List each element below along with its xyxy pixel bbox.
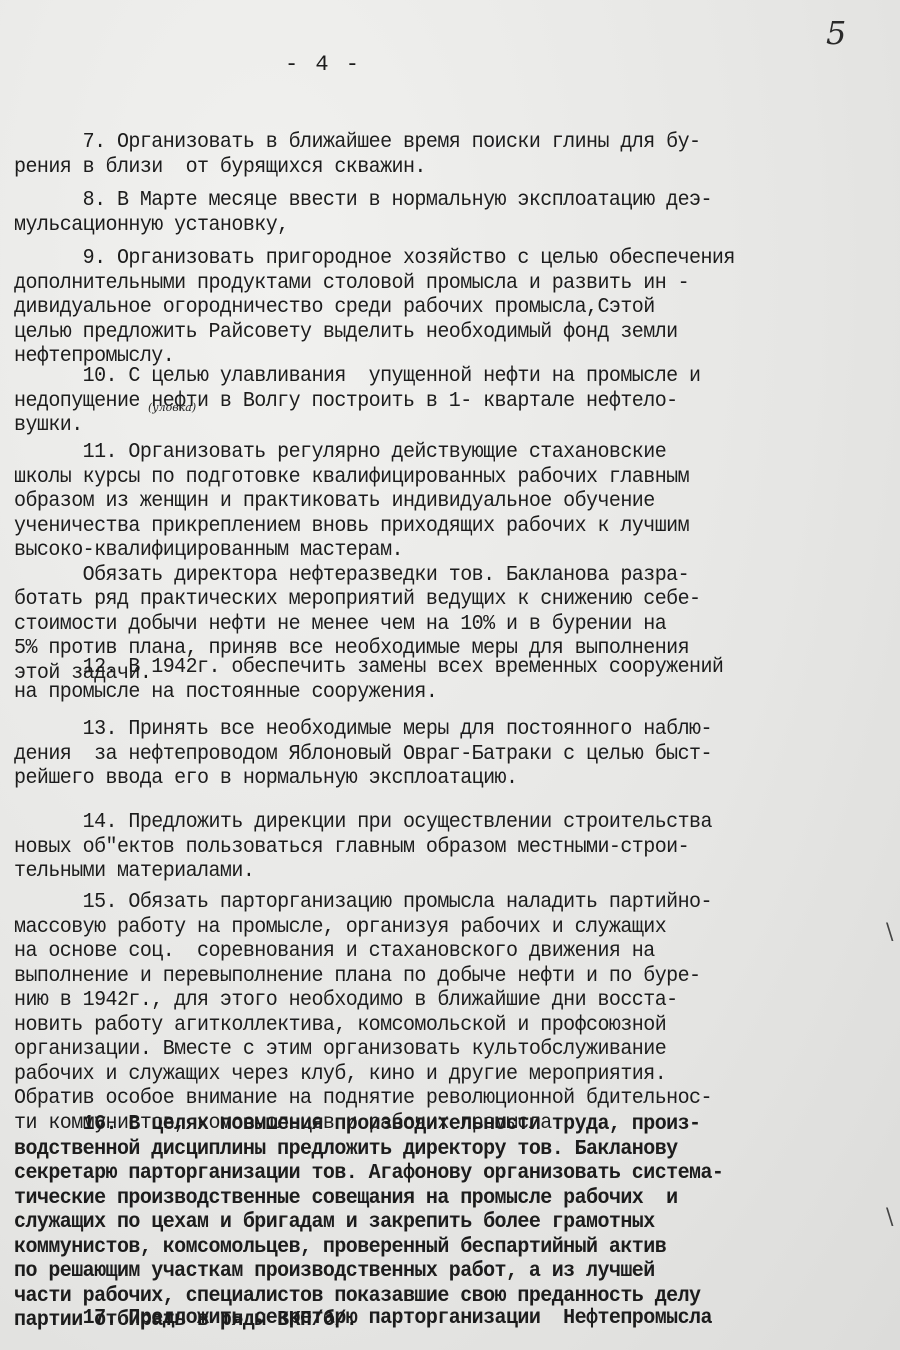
text-line: новить работу агитколлектива, комсомольс… (14, 1013, 832, 1038)
list-item: 16. В целях повышения производительности… (14, 1112, 832, 1333)
text-line: 12. В 1942г. обеспечить замены всех врем… (14, 655, 832, 680)
text-line: ботать ряд практических мероприятий веду… (14, 587, 832, 612)
text-line: водственной дисциплины предложить директ… (14, 1137, 832, 1162)
text-line: на промысле на постоянные сооружения. (14, 680, 832, 705)
text-line: выполнение и перевыполнение плана по доб… (14, 964, 832, 989)
text-line: 16. В целях повышения производительности… (14, 1112, 832, 1137)
list-item: 11. Организовать регулярно действующие с… (14, 440, 832, 685)
text-line: высоко-квалифицированным мастерам. (14, 538, 832, 563)
list-item: 12. В 1942г. обеспечить замены всех врем… (14, 655, 832, 704)
text-line: тельными материалами. (14, 859, 832, 884)
text-line: целью предложить Райсовету выделить необ… (14, 320, 832, 345)
list-item: 10. С целью улавливания упущенной нефти … (14, 364, 832, 438)
text-line: 17. Предложить секретарю парторганизации… (14, 1306, 832, 1331)
text-line: Обратив особое внимание на поднятие рево… (14, 1086, 832, 1111)
text-line: дения за нефтепроводом Яблоновый Овраг-Б… (14, 742, 832, 767)
text-line: дивидуальное огородничество среди рабочи… (14, 295, 832, 320)
text-line: коммунистов, комсомольцев, проверенный б… (14, 1235, 832, 1260)
text-line: части рабочих, специалистов показавшие с… (14, 1284, 832, 1309)
text-line: рейшего ввода его в нормальную эксплоата… (14, 766, 832, 791)
margin-mark: \ (886, 920, 893, 945)
text-line: вушки. (14, 413, 832, 438)
list-item: 8. В Марте месяце ввести в нормальную эк… (14, 188, 832, 237)
text-line: 8. В Марте месяце ввести в нормальную эк… (14, 188, 832, 213)
page-number: - 4 - (285, 52, 361, 77)
text-line: 14. Предложить дирекции при осуществлени… (14, 810, 832, 835)
text-line: массовую работу на промысле, организуя р… (14, 915, 832, 940)
text-line: образом из женщин и практиковать индивид… (14, 489, 832, 514)
text-line: на основе соц. соревнования и стахановск… (14, 939, 832, 964)
archive-sheet-number: 5 (826, 14, 846, 52)
text-line: 13. Принять все необходимые меры для пос… (14, 717, 832, 742)
text-line: мульсационную установку, (14, 213, 832, 238)
text-line: организации. Вместе с этим организовать … (14, 1037, 832, 1062)
text-line: стоимости добычи нефти не менее чем на 1… (14, 612, 832, 637)
text-line: секретарю парторганизации тов. Агафонову… (14, 1161, 832, 1186)
text-line: тические производственные совещания на п… (14, 1186, 832, 1211)
text-line: новых об"ектов пользоваться главным обра… (14, 835, 832, 860)
list-item: 17. Предложить секретарю парторганизации… (14, 1306, 832, 1331)
text-line: школы курсы по подготовке квалифицирован… (14, 465, 832, 490)
list-item: 13. Принять все необходимые меры для пос… (14, 717, 832, 791)
text-line: Обязать директора нефтеразведки тов. Бак… (14, 563, 832, 588)
text-line: 11. Организовать регулярно действующие с… (14, 440, 832, 465)
list-item: 15. Обязать парторганизацию промысла нал… (14, 890, 832, 1135)
text-line: дополнительными продуктами столовой пром… (14, 271, 832, 296)
list-item: 7. Организовать в ближайшее время поиски… (14, 130, 832, 179)
text-line: 9. Организовать пригородное хозяйство с … (14, 246, 832, 271)
list-item: 14. Предложить дирекции при осуществлени… (14, 810, 832, 884)
margin-mark: \ (886, 1205, 893, 1230)
text-line: рения в близи от бурящихся скважин. (14, 155, 832, 180)
text-line: недопущение нефти в Волгу построить в 1-… (14, 389, 832, 414)
handwritten-annotation: (уловка) (148, 401, 196, 414)
text-line: нию в 1942г., для этого необходимо в бли… (14, 988, 832, 1013)
text-line: 15. Обязать парторганизацию промысла нал… (14, 890, 832, 915)
text-line: по решающим участкам производственных ра… (14, 1259, 832, 1284)
text-line: ученичества прикреплением вновь приходящ… (14, 514, 832, 539)
text-line: рабочих и служащих через клуб, кино и др… (14, 1062, 832, 1087)
text-line: служащих по цехам и бригадам и закрепить… (14, 1210, 832, 1235)
text-line: 7. Организовать в ближайшее время поиски… (14, 130, 832, 155)
text-line: 10. С целью улавливания упущенной нефти … (14, 364, 832, 389)
list-item: 9. Организовать пригородное хозяйство с … (14, 246, 832, 369)
